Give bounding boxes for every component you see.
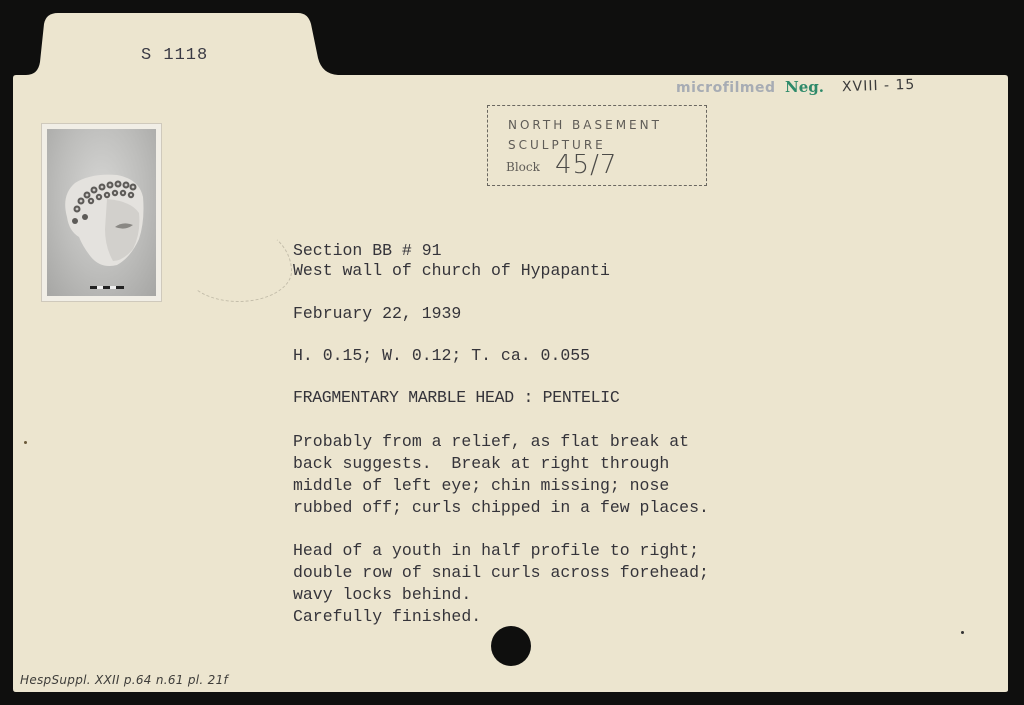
description-line: Head of a youth in half profile to right… — [293, 540, 699, 562]
findspot: West wall of church of Hypapanti — [293, 260, 610, 282]
object-title: FRAGMENTARY MARBLE HEAD : PENTELIC — [293, 387, 619, 409]
negative-number: XVIII - 15 — [842, 77, 916, 96]
description-line: back suggests. Break at right through — [293, 453, 669, 475]
location-stamp: NORTH BASEMENT SCULPTURE Block 45/7 — [487, 105, 707, 186]
microfilmed-stamp: microfilmed — [676, 80, 776, 96]
description-line: wavy locks behind. — [293, 584, 471, 606]
negative-stamp: Neg. — [785, 78, 824, 96]
handwritten-reference: HespSuppl. XXII p.64 n.61 pl. 21f — [20, 673, 228, 687]
stamp-block-number: 45/7 — [555, 150, 617, 180]
photo-image — [47, 129, 156, 296]
stamp-line-1: NORTH BASEMENT — [508, 118, 662, 132]
date: February 22, 1939 — [293, 303, 461, 325]
description-line: Probably from a relief, as flat break at — [293, 431, 689, 453]
description-line: Carefully finished. — [293, 606, 481, 628]
catalog-number: S 1118 — [141, 46, 208, 65]
marble-head-image — [47, 129, 156, 296]
stamp-block-label: Block — [506, 160, 540, 174]
punch-hole — [491, 626, 531, 666]
description-line: rubbed off; curls chipped in a few place… — [293, 497, 709, 519]
description-line: double row of snail curls across forehea… — [293, 562, 709, 584]
paper-speck — [961, 631, 964, 634]
artifact-photo — [41, 123, 162, 302]
description-line: middle of left eye; chin missing; nose — [293, 475, 669, 497]
paper-speck — [24, 441, 27, 444]
section-number: Section BB # 91 — [293, 240, 442, 262]
scale-bar — [90, 286, 124, 289]
dimensions: H. 0.15; W. 0.12; T. ca. 0.055 — [293, 345, 590, 367]
